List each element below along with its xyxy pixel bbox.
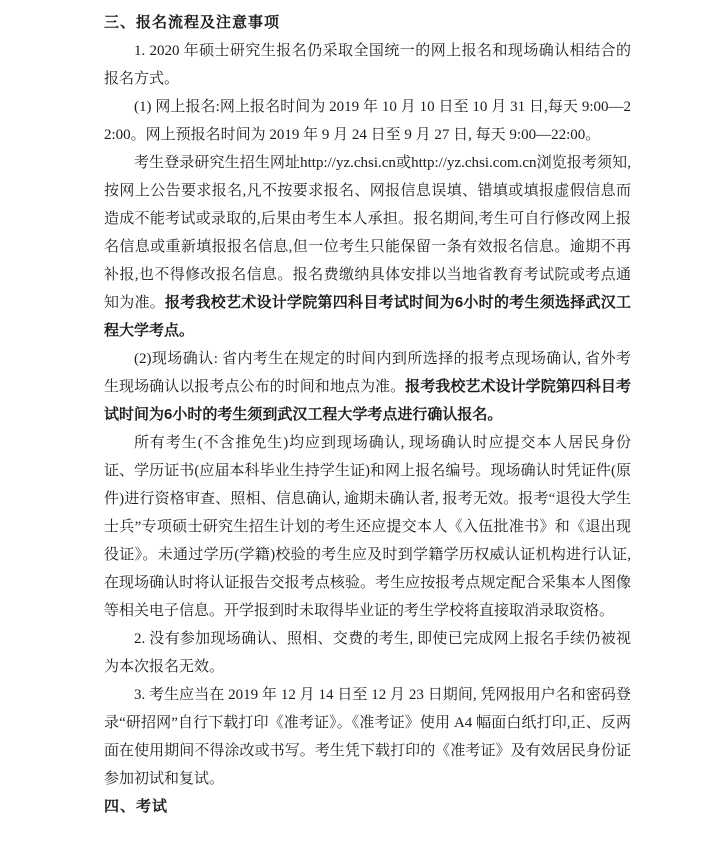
document-body: 三、报名流程及注意事项1. 2020 年硕士研究生报名仍采取全国统一的网上报名和…: [104, 9, 631, 821]
paragraph-3: 3. 考生应当在 2019 年 12 月 14 日至 12 月 23 日期间, …: [104, 681, 631, 793]
section-heading-4: 四、考试: [104, 793, 631, 821]
text-run: 3. 考生应当在 2019 年 12 月 14 日至 12 月 23 日期间, …: [104, 687, 631, 787]
text-run: 所有考生(不含推免生)均应到现场确认, 现场确认时应提交本人居民身份证、学历证书…: [104, 435, 631, 619]
section-heading-3: 三、报名流程及注意事项: [104, 9, 631, 37]
paragraph-2: 2. 没有参加现场确认、照相、交费的考生, 即使已完成网上报名手续仍被视为本次报…: [104, 625, 631, 681]
document-page: 三、报名流程及注意事项1. 2020 年硕士研究生报名仍采取全国统一的网上报名和…: [0, 0, 711, 846]
text-run: 2. 没有参加现场确认、照相、交费的考生, 即使已完成网上报名手续仍被视为本次报…: [104, 631, 631, 675]
bold-text-run: 四、考试: [104, 798, 168, 815]
bold-text-run: 报考我校艺术设计学院第四科目考试时间为6小时的考生须选择武汉工程大学考点。: [104, 294, 631, 339]
text-run: (1) 网上报名:网上报名时间为 2019 年 10 月 10 日至 10 月 …: [104, 99, 631, 143]
paragraph-1: 1. 2020 年硕士研究生报名仍采取全国统一的网上报名和现场确认相结合的报名方…: [104, 37, 631, 93]
text-run: 1. 2020 年硕士研究生报名仍采取全国统一的网上报名和现场确认相结合的报名方…: [104, 43, 631, 87]
paragraph-login-notice: 考生登录研究生招生网址http://yz.chsi.cn或http://yz.c…: [104, 149, 631, 345]
text-run: 考生登录研究生招生网址http://yz.chsi.cn或http://yz.c…: [104, 155, 631, 311]
paragraph-all-candidates: 所有考生(不含推免生)均应到现场确认, 现场确认时应提交本人居民身份证、学历证书…: [104, 429, 631, 625]
paragraph-onsite-confirmation: (2)现场确认: 省内考生在规定的时间内到所选择的报考点现场确认, 省外考生现场…: [104, 345, 631, 429]
paragraph-online-registration: (1) 网上报名:网上报名时间为 2019 年 10 月 10 日至 10 月 …: [104, 93, 631, 149]
bold-text-run: 三、报名流程及注意事项: [104, 14, 280, 31]
